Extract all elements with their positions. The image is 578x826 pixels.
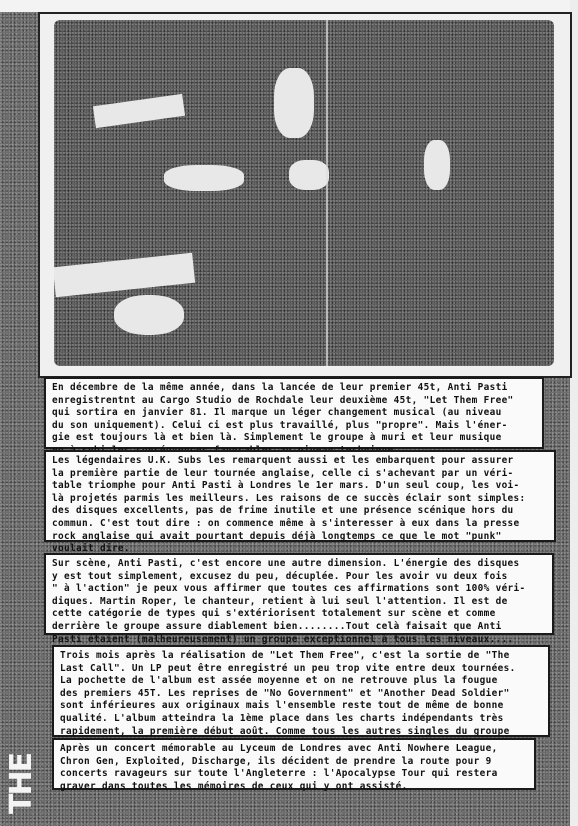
photo-highlight	[93, 94, 185, 128]
page-edge-top	[0, 0, 578, 12]
paragraph-1: En décembre de la même année, dans la la…	[44, 377, 544, 449]
photo-highlight	[114, 295, 184, 335]
photo-highlight	[274, 68, 314, 138]
side-title: THE	[4, 744, 44, 824]
photo-highlight	[164, 165, 244, 191]
photo-highlight	[54, 253, 195, 297]
photo-highlight	[289, 160, 329, 190]
paragraph-2: Les légendaires U.K. Subs les remarquent…	[44, 450, 556, 542]
paragraph-5: Après un concert mémorable au Lyceum de …	[52, 738, 536, 790]
photo-frame	[38, 12, 572, 378]
band-photo	[54, 20, 554, 366]
paragraph-4: Trois mois après la réalisation de "Let …	[52, 645, 550, 737]
paragraph-3: Sur scène, Anti Pasti, c'est encore une …	[44, 553, 554, 635]
photo-highlight	[424, 140, 450, 190]
photo-fold-line	[326, 20, 328, 366]
